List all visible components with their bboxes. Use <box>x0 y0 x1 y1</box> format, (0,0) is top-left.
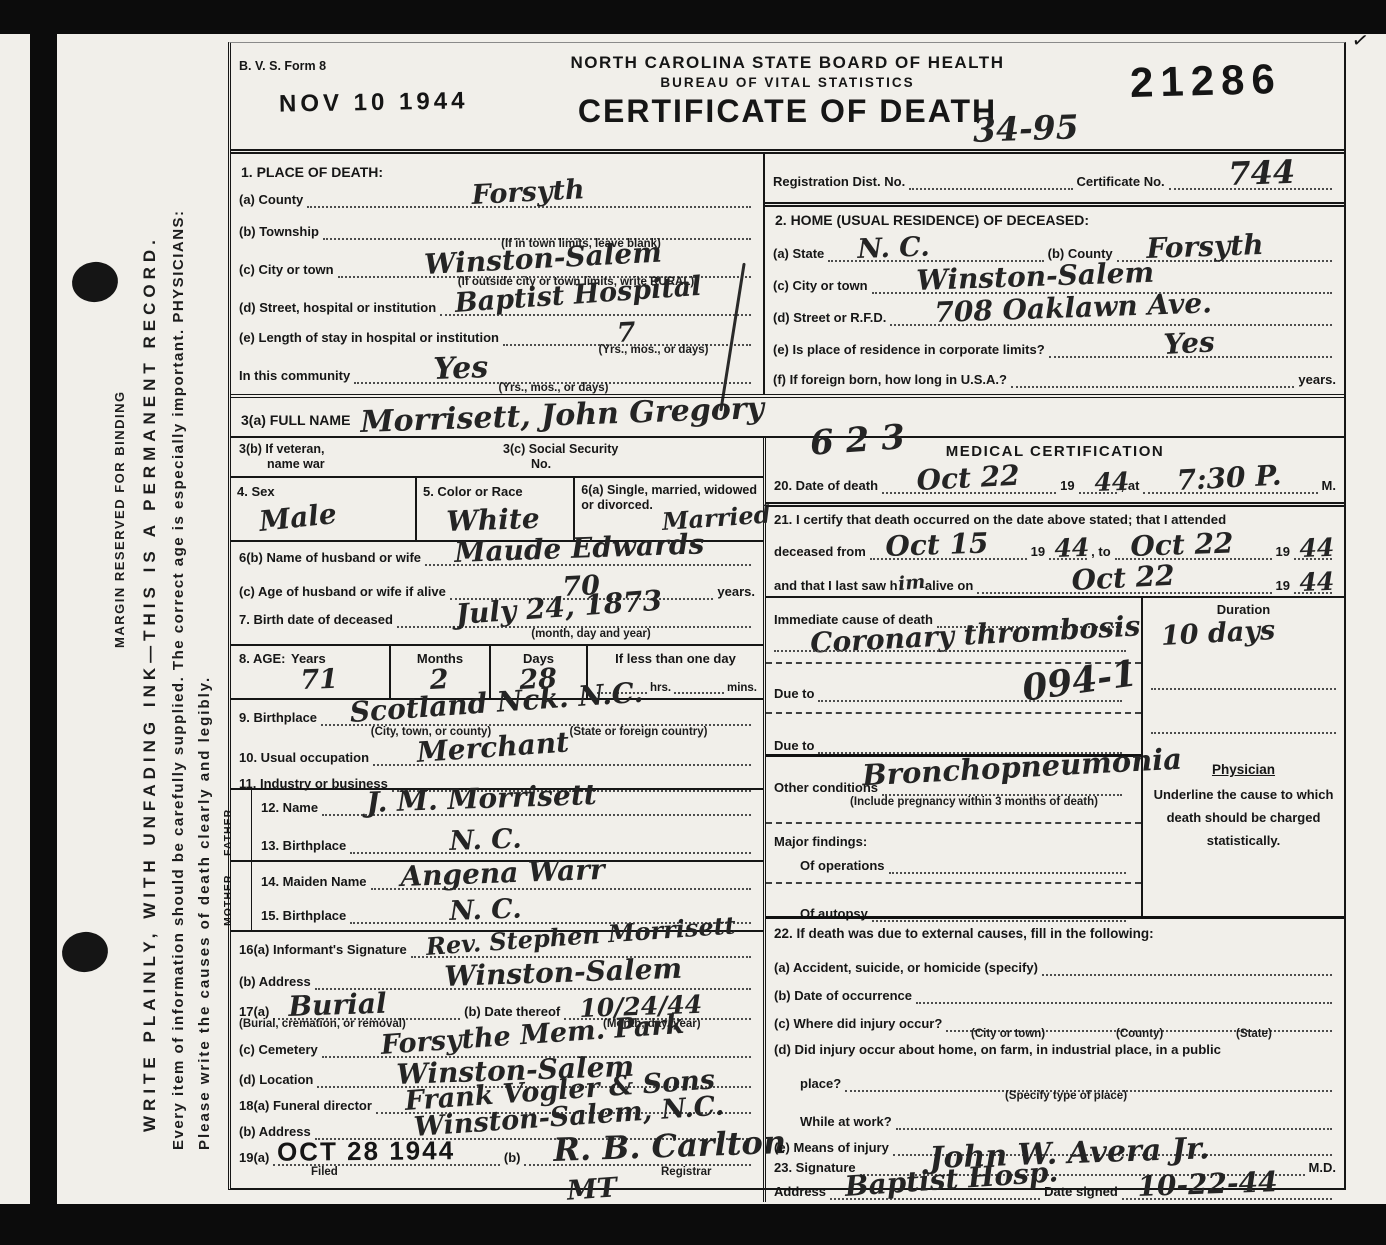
birthdate-label: 7. Birth date of deceased <box>239 612 393 628</box>
hrs-label: hrs. <box>650 682 671 694</box>
pre-19: 19 <box>1031 544 1045 560</box>
age-label: 8. AGE: <box>239 651 285 666</box>
leader-line <box>1151 732 1336 734</box>
death-time-handwriting: 7:30 P. <box>1176 459 1282 497</box>
father-side-label: FATHER <box>231 788 252 860</box>
rule <box>766 822 1141 824</box>
certificate-no-label: Certificate No. <box>1077 174 1165 190</box>
scan-edge-top <box>0 0 1386 34</box>
field-occupation: 10. Usual occupation Merchant <box>239 744 755 766</box>
rule <box>765 202 1344 207</box>
field-date-of-death: 20. Date of death Oct 22 19 44 , at 7:30… <box>774 472 1336 494</box>
date-signed-line: 10-22-44 <box>1122 1182 1332 1200</box>
accident-line <box>1042 958 1332 976</box>
field-injury-place: place? <box>800 1070 1336 1092</box>
home-street-line: 708 Oaklawn Ave. <box>890 308 1332 326</box>
occurrence-date-line <box>916 986 1332 1004</box>
saw-year-line: 44 <box>1294 576 1332 594</box>
meridiem-label: M. <box>1322 478 1336 494</box>
major-findings-label: Major findings: <box>774 834 867 850</box>
home-county-handwriting: Forsyth <box>1145 228 1263 265</box>
certificate-no-handwriting: 744 <box>1227 153 1295 193</box>
registrar-caption: Registrar <box>661 1166 712 1178</box>
age-years-handwriting: 71 <box>300 664 339 696</box>
duration-label: Duration <box>1143 602 1344 617</box>
township-label: (b) Township <box>239 224 319 240</box>
injury-place-question: (d) Did injury occur about home, on farm… <box>774 1042 1221 1057</box>
home-title: 2. HOME (USUAL RESIDENCE) OF DECEASED: <box>775 212 1089 228</box>
father-bp-handwriting: N. C. <box>449 824 522 857</box>
injury-place-hint: (Specify type of place) <box>916 1090 1216 1102</box>
informant-sig-label: 16(a) Informant's Signature <box>239 942 407 958</box>
field-county: (a) County Forsyth <box>239 186 755 208</box>
margin-note-supplied: Every item of information should be care… <box>170 209 187 1150</box>
field-full-name: 3(a) FULL NAME Morrisett, John Gregory <box>231 394 1344 438</box>
field-home-city: (c) City or town Winston-Salem <box>773 272 1336 294</box>
field-community: In this community Yes <box>239 362 755 384</box>
margin-note-causes: Please write the causes of death clearly… <box>196 676 213 1150</box>
from-line: Oct 15 <box>870 542 1027 560</box>
place-title: 1. PLACE OF DEATH: <box>241 164 383 180</box>
father-bp-line: N. C. <box>350 836 751 854</box>
saw-label2: alive on <box>925 578 973 594</box>
cemetery-label: (c) Cemetery <box>239 1042 318 1058</box>
while-at-work-line <box>896 1112 1332 1130</box>
field-last-saw: and that I last saw h im alive on Oct 22… <box>774 572 1336 594</box>
field-operations: Of operations <box>800 852 1130 874</box>
rule <box>766 502 1344 507</box>
full-name-label: 3(a) FULL NAME <box>241 412 350 428</box>
filed-caption: Filed <box>311 1166 338 1178</box>
age-years-label: Years <box>291 651 389 666</box>
from-handwriting: Oct 15 <box>885 526 989 563</box>
section-place-of-death: 1. PLACE OF DEATH: (a) County Forsyth (b… <box>231 154 765 394</box>
community-hint: (Yrs., mos., or days) <box>436 382 671 394</box>
home-state-label: (a) State <box>773 246 824 262</box>
veteran-label: 3(b) If veteran, name war <box>239 442 325 472</box>
street-label: (d) Street, hospital or institution <box>239 300 436 316</box>
margin-note-binding: MARGIN RESERVED FOR BINDING <box>112 390 127 648</box>
pen-check-mark: ✓ <box>1350 27 1371 54</box>
death-year-line: 44 <box>1079 476 1117 494</box>
street-line: Baptist Hospital <box>440 298 751 316</box>
field-birthdate: 7. Birth date of deceased July 24, 1873 <box>239 606 755 628</box>
saw-year-handwriting: 44 <box>1299 567 1335 597</box>
pre-19: 19 <box>1060 478 1074 494</box>
field-township: (b) Township <box>239 218 755 240</box>
birthplace-line: Scotland Nck. N.C. <box>321 708 751 726</box>
death-date-line: Oct 22 <box>882 476 1056 494</box>
saw-handwriting: Oct 22 <box>1071 559 1176 597</box>
field-physician-address: Address Baptist Hosp. Date signed 10-22-… <box>774 1180 1336 1200</box>
field-registration: Registration Dist. No. Certificate No. 7… <box>773 168 1336 190</box>
mins-line <box>674 680 724 694</box>
age-years-cell: 8. AGE: Years 71 <box>231 646 391 698</box>
clerk-initials: MT <box>566 1172 618 1206</box>
birthplace-label: 9. Birthplace <box>239 710 317 726</box>
ssn-label-line1: 3(c) Social Security <box>503 442 618 457</box>
registration-dist-line <box>909 172 1072 190</box>
top-sections: 1. PLACE OF DEATH: (a) County Forsyth (b… <box>231 154 1344 394</box>
bottom-sections: 3(b) If veteran, name war 3(c) Social Se… <box>231 438 1344 1202</box>
burial-location-label: (d) Location <box>239 1072 313 1088</box>
informant-addr-handwriting: Winston-Salem <box>444 952 683 993</box>
occupation-label: 10. Usual occupation <box>239 750 369 766</box>
physician-note-box: Physician Underline the cause to which d… <box>1141 754 1344 916</box>
operations-line <box>889 856 1126 874</box>
field-race: 5. Color or Race White <box>417 478 575 540</box>
injury-place-label: place? <box>800 1076 841 1092</box>
occurrence-date-label: (b) Date of occurrence <box>774 988 912 1004</box>
binding-hole <box>69 259 120 305</box>
leader-line <box>774 650 1126 652</box>
binding-hole <box>59 929 110 975</box>
birthdate-line: July 24, 1873 <box>397 610 751 628</box>
ssn-label-line2: No. <box>503 457 618 472</box>
serial-number-stamp: 21286 <box>1130 55 1283 107</box>
injury-location-label: (c) Where did injury occur? <box>774 1016 942 1032</box>
rule <box>766 712 1141 714</box>
registration-dist-label: Registration Dist. No. <box>773 174 905 190</box>
full-name-handwriting: Morrisett, John Gregory <box>360 391 765 440</box>
injury-state-hint: (State) <box>1236 1028 1272 1040</box>
race-label: 5. Color or Race <box>423 484 523 499</box>
death-year-handwriting: 44 <box>1094 467 1130 497</box>
physician-addr-label: Address <box>774 1184 826 1200</box>
saw-him-handwriting: im <box>897 571 926 595</box>
filed-label-b: (b) <box>504 1150 521 1166</box>
sex-label: 4. Sex <box>237 484 275 499</box>
operations-label: Of operations <box>800 858 885 874</box>
due1-label: Due to <box>774 686 814 702</box>
section-home-residence: Registration Dist. No. Certificate No. 7… <box>765 154 1344 394</box>
field-informant-address: (b) Address Winston-Salem <box>239 968 755 990</box>
death-date-handwriting: Oct 22 <box>916 459 1021 497</box>
father-name-handwriting: J. M. Morrisett <box>366 778 597 819</box>
field-home-street: (d) Street or R.F.D. 708 Oaklawn Ave. <box>773 304 1336 326</box>
father-name-line: J. M. Morrisett <box>322 798 751 816</box>
occupation-line: Merchant <box>373 748 751 766</box>
to-year-line: 44 <box>1294 542 1332 560</box>
county-line: Forsyth <box>307 190 751 208</box>
field-sex: 4. Sex Male <box>231 478 417 540</box>
birthdate-hint: (month, day and year) <box>481 628 701 640</box>
rule <box>766 882 1141 884</box>
field-mother-name: 14. Maiden Name Angena Warr <box>261 868 755 890</box>
marital-label-line1: 6(a) Single, married, widowed <box>581 483 757 498</box>
injury-city-hint: (City or town) <box>971 1028 1045 1040</box>
home-street-label: (d) Street or R.F.D. <box>773 310 886 326</box>
accident-label: (a) Accident, suicide, or homicide (spec… <box>774 960 1038 976</box>
injury-county-hint: (County) <box>1116 1028 1163 1040</box>
field-spouse: 6(b) Name of husband or wife Maude Edwar… <box>239 544 755 566</box>
to-line: Oct 22 <box>1115 542 1272 560</box>
to-year-handwriting: 44 <box>1299 533 1335 563</box>
home-city-label: (c) City or town <box>773 278 868 294</box>
leader-line <box>1151 688 1336 690</box>
veteran-label-line2: name war <box>239 457 325 472</box>
form-header: B. V. S. Form 8 NOV 10 1944 NORTH CAROLI… <box>231 43 1344 154</box>
foreign-born-line <box>1011 370 1294 388</box>
field-foreign-born: (f) If foreign born, how long in U.S.A.?… <box>773 366 1336 388</box>
from-label: deceased from <box>774 544 866 560</box>
field-corporate-limits: (e) Is place of residence in corporate l… <box>773 336 1336 358</box>
duration-handwriting: 10 days <box>1160 615 1276 652</box>
death-certificate-scan: MARGIN RESERVED FOR BINDING WRITE PLAINL… <box>0 0 1386 1245</box>
personal-column: 3(b) If veteran, name war 3(c) Social Se… <box>231 438 766 1202</box>
spouse-label: 6(b) Name of husband or wife <box>239 550 421 566</box>
mother-label-text: MOTHER <box>222 875 234 927</box>
autopsy-label: Of autopsy <box>800 906 868 922</box>
mother-name-handwriting: Angena Warr <box>399 853 604 893</box>
community-label: In this community <box>239 368 350 384</box>
county-handwriting: Forsyth <box>471 174 585 211</box>
margin-note-permanent: WRITE PLAINLY, WITH UNFADING INK—THIS IS… <box>140 235 160 1132</box>
father-bp-label: 13. Birthplace <box>261 838 346 854</box>
corporate-limits-handwriting: Yes <box>1163 325 1216 361</box>
certificate-no-line: 744 <box>1169 172 1332 190</box>
other-conditions-hint: (Include pregnancy within 3 months of de… <box>814 796 1134 808</box>
stay-label: (e) Length of stay in hospital or instit… <box>239 330 499 346</box>
from-year-line: 44 <box>1049 542 1087 560</box>
mother-bp-handwriting: N. C. <box>449 894 522 927</box>
physician-addr-line: Baptist Hosp. <box>830 1182 1040 1200</box>
burial-type-hint: (Burial, cremation, or removal) <box>239 1018 406 1030</box>
registrar-line: R. B. Carlton <box>524 1148 751 1166</box>
from-year-handwriting: 44 <box>1054 533 1090 563</box>
informant-addr-label: (b) Address <box>239 974 311 990</box>
field-occurrence-date: (b) Date of occurrence <box>774 982 1336 1004</box>
death-time-line: 7:30 P. <box>1143 476 1317 494</box>
while-at-work-label: While at work? <box>800 1114 892 1130</box>
field-attended-from-to: deceased from Oct 15 19 44 , to Oct 22 1… <box>774 538 1336 560</box>
scan-edge-bottom <box>0 1204 1386 1245</box>
handwritten-code: 34-95 <box>972 107 1079 150</box>
field-accident-suicide: (a) Accident, suicide, or homicide (spec… <box>774 954 1336 976</box>
spouse-line: Maude Edwards <box>425 548 751 566</box>
external-causes-title: 22. If death was due to external causes,… <box>774 926 1154 941</box>
home-state-line: N. C. <box>828 244 1043 262</box>
spouse-age-suffix: years. <box>717 584 755 600</box>
md-label: M.D. <box>1309 1160 1336 1176</box>
mother-name-line: Angena Warr <box>371 872 752 890</box>
county-label: (a) County <box>239 192 303 208</box>
stay-hint: (Yrs., mos., or days) <box>561 344 746 356</box>
mins-label: mins. <box>727 682 757 694</box>
certify-statement: 21. I certify that death occurred on the… <box>774 512 1226 527</box>
foreign-born-label: (f) If foreign born, how long in U.S.A.? <box>773 372 1007 388</box>
mother-name-label: 14. Maiden Name <box>261 874 367 890</box>
field-birthplace: 9. Birthplace Scotland Nck. N.C. <box>239 704 755 726</box>
certificate-form: B. V. S. Form 8 NOV 10 1944 NORTH CAROLI… <box>228 42 1346 1190</box>
mother-side-label: MOTHER <box>231 860 252 930</box>
field-filed-registrar: 19(a) OCT 28 1944 (b) R. B. Carlton <box>239 1144 755 1166</box>
to-label: , to <box>1091 544 1111 560</box>
filed-line: OCT 28 1944 <box>273 1148 500 1166</box>
funeral-director-label: 18(a) Funeral director <box>239 1098 372 1114</box>
due2-label: Due to <box>774 738 814 754</box>
scan-edge-left <box>30 0 57 1245</box>
foreign-born-suffix: years. <box>1298 372 1336 388</box>
pre-19: 19 <box>1276 578 1290 594</box>
field-father-name: 12. Name J. M. Morrisett <box>261 794 755 816</box>
mother-bp-label: 15. Birthplace <box>261 908 346 924</box>
age-less-label: If less than one day <box>588 651 763 666</box>
filed-label-a: 19(a) <box>239 1150 269 1166</box>
father-label-text: FATHER <box>222 809 234 856</box>
physician-title: Physician <box>1143 762 1344 777</box>
ssn-handwriting: 623 <box>809 416 919 463</box>
corporate-limits-label: (e) Is place of residence in corporate l… <box>773 342 1045 358</box>
saw-label1: and that I last saw h <box>774 578 898 594</box>
rule <box>766 916 1344 919</box>
death-date-label: 20. Date of death <box>774 478 878 494</box>
autopsy-line <box>872 904 1126 922</box>
father-name-label: 12. Name <box>261 800 318 816</box>
sex-handwriting: Male <box>258 497 339 538</box>
field-father-birthplace: 13. Birthplace N. C. <box>261 832 755 854</box>
filed-date-stamp: OCT 28 1944 <box>277 1135 455 1168</box>
spouse-age-label: (c) Age of husband or wife if alive <box>239 584 446 600</box>
medical-column: MEDICAL CERTIFICATION 623 20. Date of de… <box>766 438 1344 1202</box>
corporate-limits-line: Yes <box>1049 340 1332 358</box>
field-while-at-work: While at work? <box>800 1108 1336 1130</box>
physician-note: Underline the cause to which death shoul… <box>1149 784 1338 852</box>
city-label: (c) City or town <box>239 262 334 278</box>
registrar-signature: R. B. Carlton <box>553 1123 787 1169</box>
duration-box: Duration 10 days <box>1141 596 1344 754</box>
pre-19: 19 <box>1276 544 1290 560</box>
to-handwriting: Oct 22 <box>1129 526 1233 563</box>
date-signed-handwriting: 10-22-44 <box>1137 1165 1278 1203</box>
field-street: (d) Street, hospital or institution Bapt… <box>239 294 755 316</box>
veteran-label-line1: 3(b) If veteran, <box>239 442 325 457</box>
home-state-handwriting: N. C. <box>857 232 930 265</box>
ssn-label: 3(c) Social Security No. <box>503 442 618 472</box>
saw-line: Oct 22 <box>977 576 1271 594</box>
field-stay: (e) Length of stay in hospital or instit… <box>239 324 755 346</box>
